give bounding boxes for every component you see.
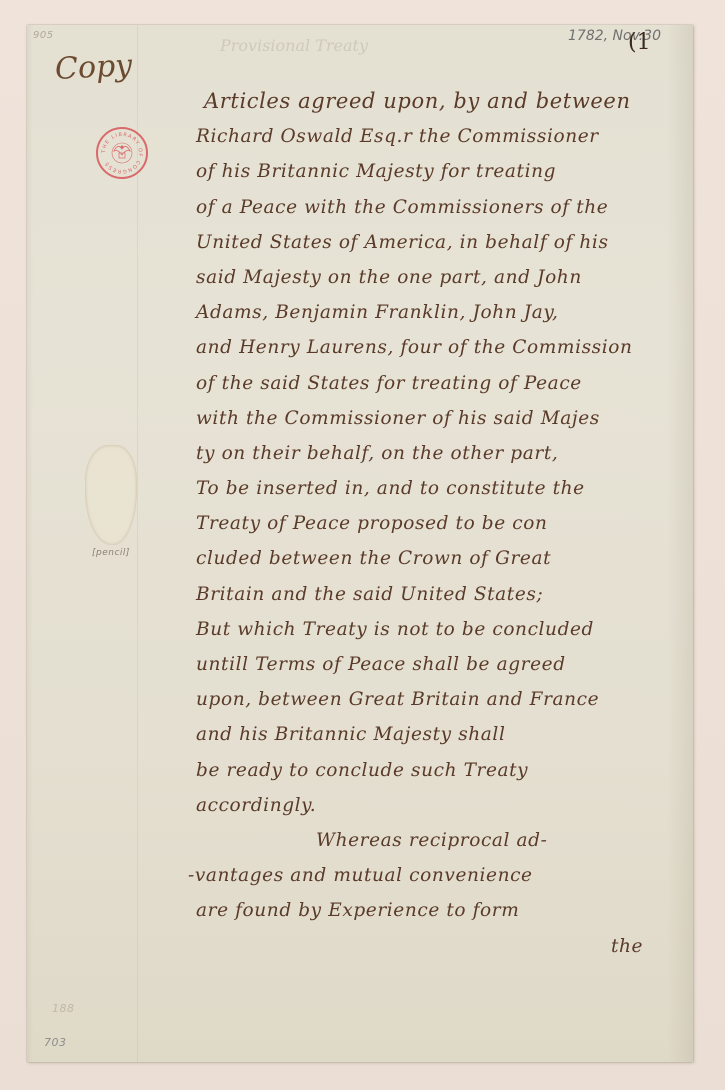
eagle-seal-icon: THE LIBRARY OF CONGRESS — [98, 129, 146, 177]
text-line: untill Terms of Peace shall be agreed — [196, 647, 696, 682]
fold-line — [137, 25, 138, 1062]
text-line: -vantages and mutual convenience — [188, 858, 696, 893]
text-line: Treaty of Peace proposed to be con — [196, 506, 696, 541]
folio-number: (1 — [628, 30, 651, 55]
text-line: of the said States for treating of Peace — [196, 366, 696, 401]
text-line: To be inserted in, and to constitute the — [196, 471, 696, 506]
library-of-congress-stamp: THE LIBRARY OF CONGRESS — [96, 127, 148, 179]
text-line: and his Britannic Majesty shall — [196, 717, 696, 752]
text-line: with the Commissioner of his said Majes — [196, 401, 696, 436]
bleedthrough-text: Provisional Treaty — [220, 36, 368, 55]
text-line: accordingly. — [196, 788, 696, 823]
text-line: ty on their behalf, on the other part, — [196, 436, 696, 471]
text-line: and Henry Laurens, four of the Commissio… — [196, 330, 696, 365]
text-line: Richard Oswald Esq.r the Commissioner — [196, 119, 696, 154]
margin-note-bottom-faint: 188 — [52, 1002, 75, 1015]
margin-note-mid-left: [pencil] — [92, 548, 130, 558]
margin-note-bottom-left: 703 — [44, 1036, 67, 1049]
text-line: Britain and the said United States; — [196, 577, 696, 612]
water-stain — [85, 445, 137, 545]
text-line: Whereas reciprocal ad- — [196, 823, 696, 858]
text-line: said Majesty on the one part, and John — [196, 260, 696, 295]
text-line: are found by Experience to form — [196, 893, 696, 928]
manuscript-body: Articles agreed upon, by and between Ric… — [196, 84, 696, 964]
text-line: be ready to conclude such Treaty — [196, 753, 696, 788]
text-line: cluded between the Crown of Great — [196, 541, 696, 576]
text-line: But which Treaty is not to be concluded — [196, 612, 696, 647]
text-line: of his Britannic Majesty for treating — [196, 154, 696, 189]
text-line: Articles agreed upon, by and between — [196, 84, 696, 119]
text-line: upon, between Great Britain and France — [196, 682, 696, 717]
text-line: of a Peace with the Commissioners of the — [196, 190, 696, 225]
text-line: United States of America, in behalf of h… — [196, 225, 696, 260]
margin-note-top-left: 905 — [33, 30, 54, 41]
copy-label: Copy — [54, 48, 133, 87]
text-line: Adams, Benjamin Franklin, John Jay, — [196, 295, 696, 330]
text-line: the — [196, 929, 696, 964]
